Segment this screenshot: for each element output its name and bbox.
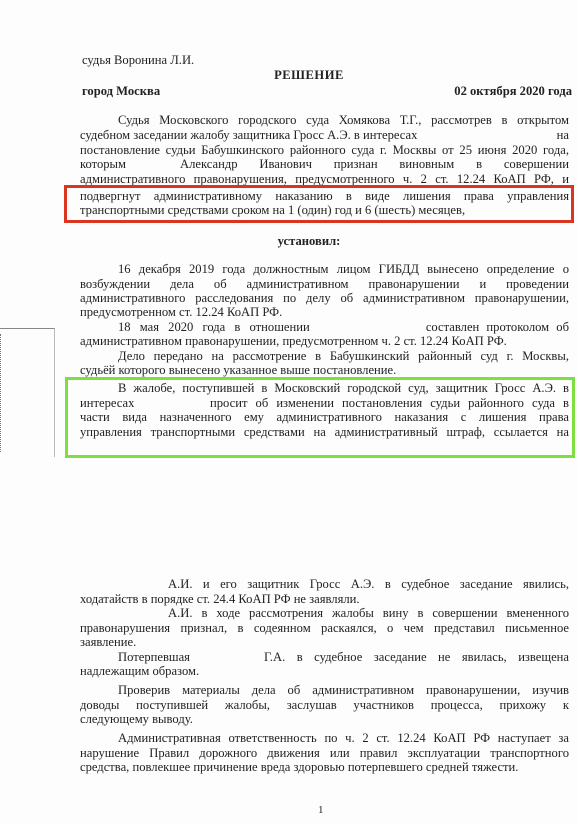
text-line: административном правонарушении, предусм… — [80, 334, 569, 348]
decision-date: 02 октября 2020 года — [454, 84, 572, 99]
text-line: Административная ответственность по ч. 2… — [80, 731, 569, 745]
text-line: Потерпевшая Г.А. в судебное заседание не… — [80, 650, 569, 664]
text-line: которым Александр Иванович признан винов… — [80, 157, 569, 171]
text-line: подвергнут административному наказанию в… — [80, 189, 569, 203]
text-line: 18 мая 2020 года в отношении составлен п… — [80, 320, 569, 334]
text-fragment: которым — [80, 157, 126, 171]
text-fragment: на — [557, 128, 569, 142]
text-line: судьёй которого вынесено указанное выше … — [80, 363, 569, 377]
text-line: Судья Московского городского суда Хомяко… — [80, 113, 569, 127]
text-line: А.И. и его защитник Гросс А.Э. в судебно… — [80, 577, 569, 591]
text-line: В жалобе, поступившей в Московский город… — [80, 381, 569, 395]
text-line: заявление. — [80, 635, 569, 649]
text-line: части вида назначенного ему администрати… — [80, 410, 569, 424]
page-number: 1 — [318, 804, 324, 816]
text-line: транспортными средствами сроком на 1 (од… — [80, 203, 569, 217]
document-title: РЕШЕНИЕ — [0, 68, 578, 83]
text-line: ходатайств в порядке ст. 24.4 КоАП РФ не… — [80, 592, 569, 606]
text-fragment: интересах — [80, 396, 134, 410]
text-line: Проверив материалы дела об административ… — [80, 683, 569, 697]
text-line: управления транспортными средствами на а… — [80, 425, 569, 439]
text-line: А.И. в ходе рассмотрения жалобы вину в с… — [80, 606, 569, 620]
text-line: интересах просит об изменении постановле… — [80, 396, 569, 410]
text-fragment: 18 мая 2020 года в отношении — [118, 320, 310, 334]
text-line: предусмотренном ст. 12.24 КоАП РФ. — [80, 305, 569, 319]
text-line: возбуждении дела об административном пра… — [80, 277, 569, 291]
text-line: административного расследования по делу … — [80, 291, 569, 305]
text-fragment: Потерпевшая — [118, 650, 190, 664]
text-fragment: Александр Иванович признан виновным в со… — [180, 157, 569, 171]
text-line: доводы поступившей жалобы, заслушав учас… — [80, 698, 569, 712]
text-line: правонарушения признал, в содеянном раск… — [80, 621, 569, 635]
text-line: средства, повлекшее причинение вреда здо… — [80, 760, 569, 774]
text-line: постановление судьи Бабушкинского районн… — [80, 143, 569, 157]
section-heading: установил: — [0, 234, 578, 248]
text-line: Дело передано на рассмотрение в Бабушкин… — [80, 349, 569, 363]
text-line: надлежащим образом. — [80, 664, 569, 678]
text-line: судебном заседании жалобу защитника Грос… — [80, 128, 569, 142]
judge-line: судья Воронина Л.И. — [82, 53, 194, 68]
document-page: судья Воронина Л.И. РЕШЕНИЕ город Москва… — [0, 0, 578, 824]
text-fragment: составлен протоколом об — [426, 320, 569, 334]
text-fragment: судебном заседании жалобу защитника Грос… — [80, 128, 417, 142]
text-line: административного правонарушения, предус… — [80, 172, 569, 186]
text-fragment: просит об изменении постановления судьи … — [210, 396, 569, 410]
text-fragment: Г.А. в судебное заседание не явилась, из… — [264, 650, 569, 664]
text-line: следующему выводу. — [80, 712, 569, 726]
scanned-edge-marks — [0, 334, 4, 452]
city: город Москва — [82, 84, 160, 99]
scanned-page-edge — [0, 328, 55, 457]
text-line: 16 декабря 2019 года должностным лицом Г… — [80, 262, 569, 276]
text-line: нарушение Правил дорожного движения или … — [80, 746, 569, 760]
